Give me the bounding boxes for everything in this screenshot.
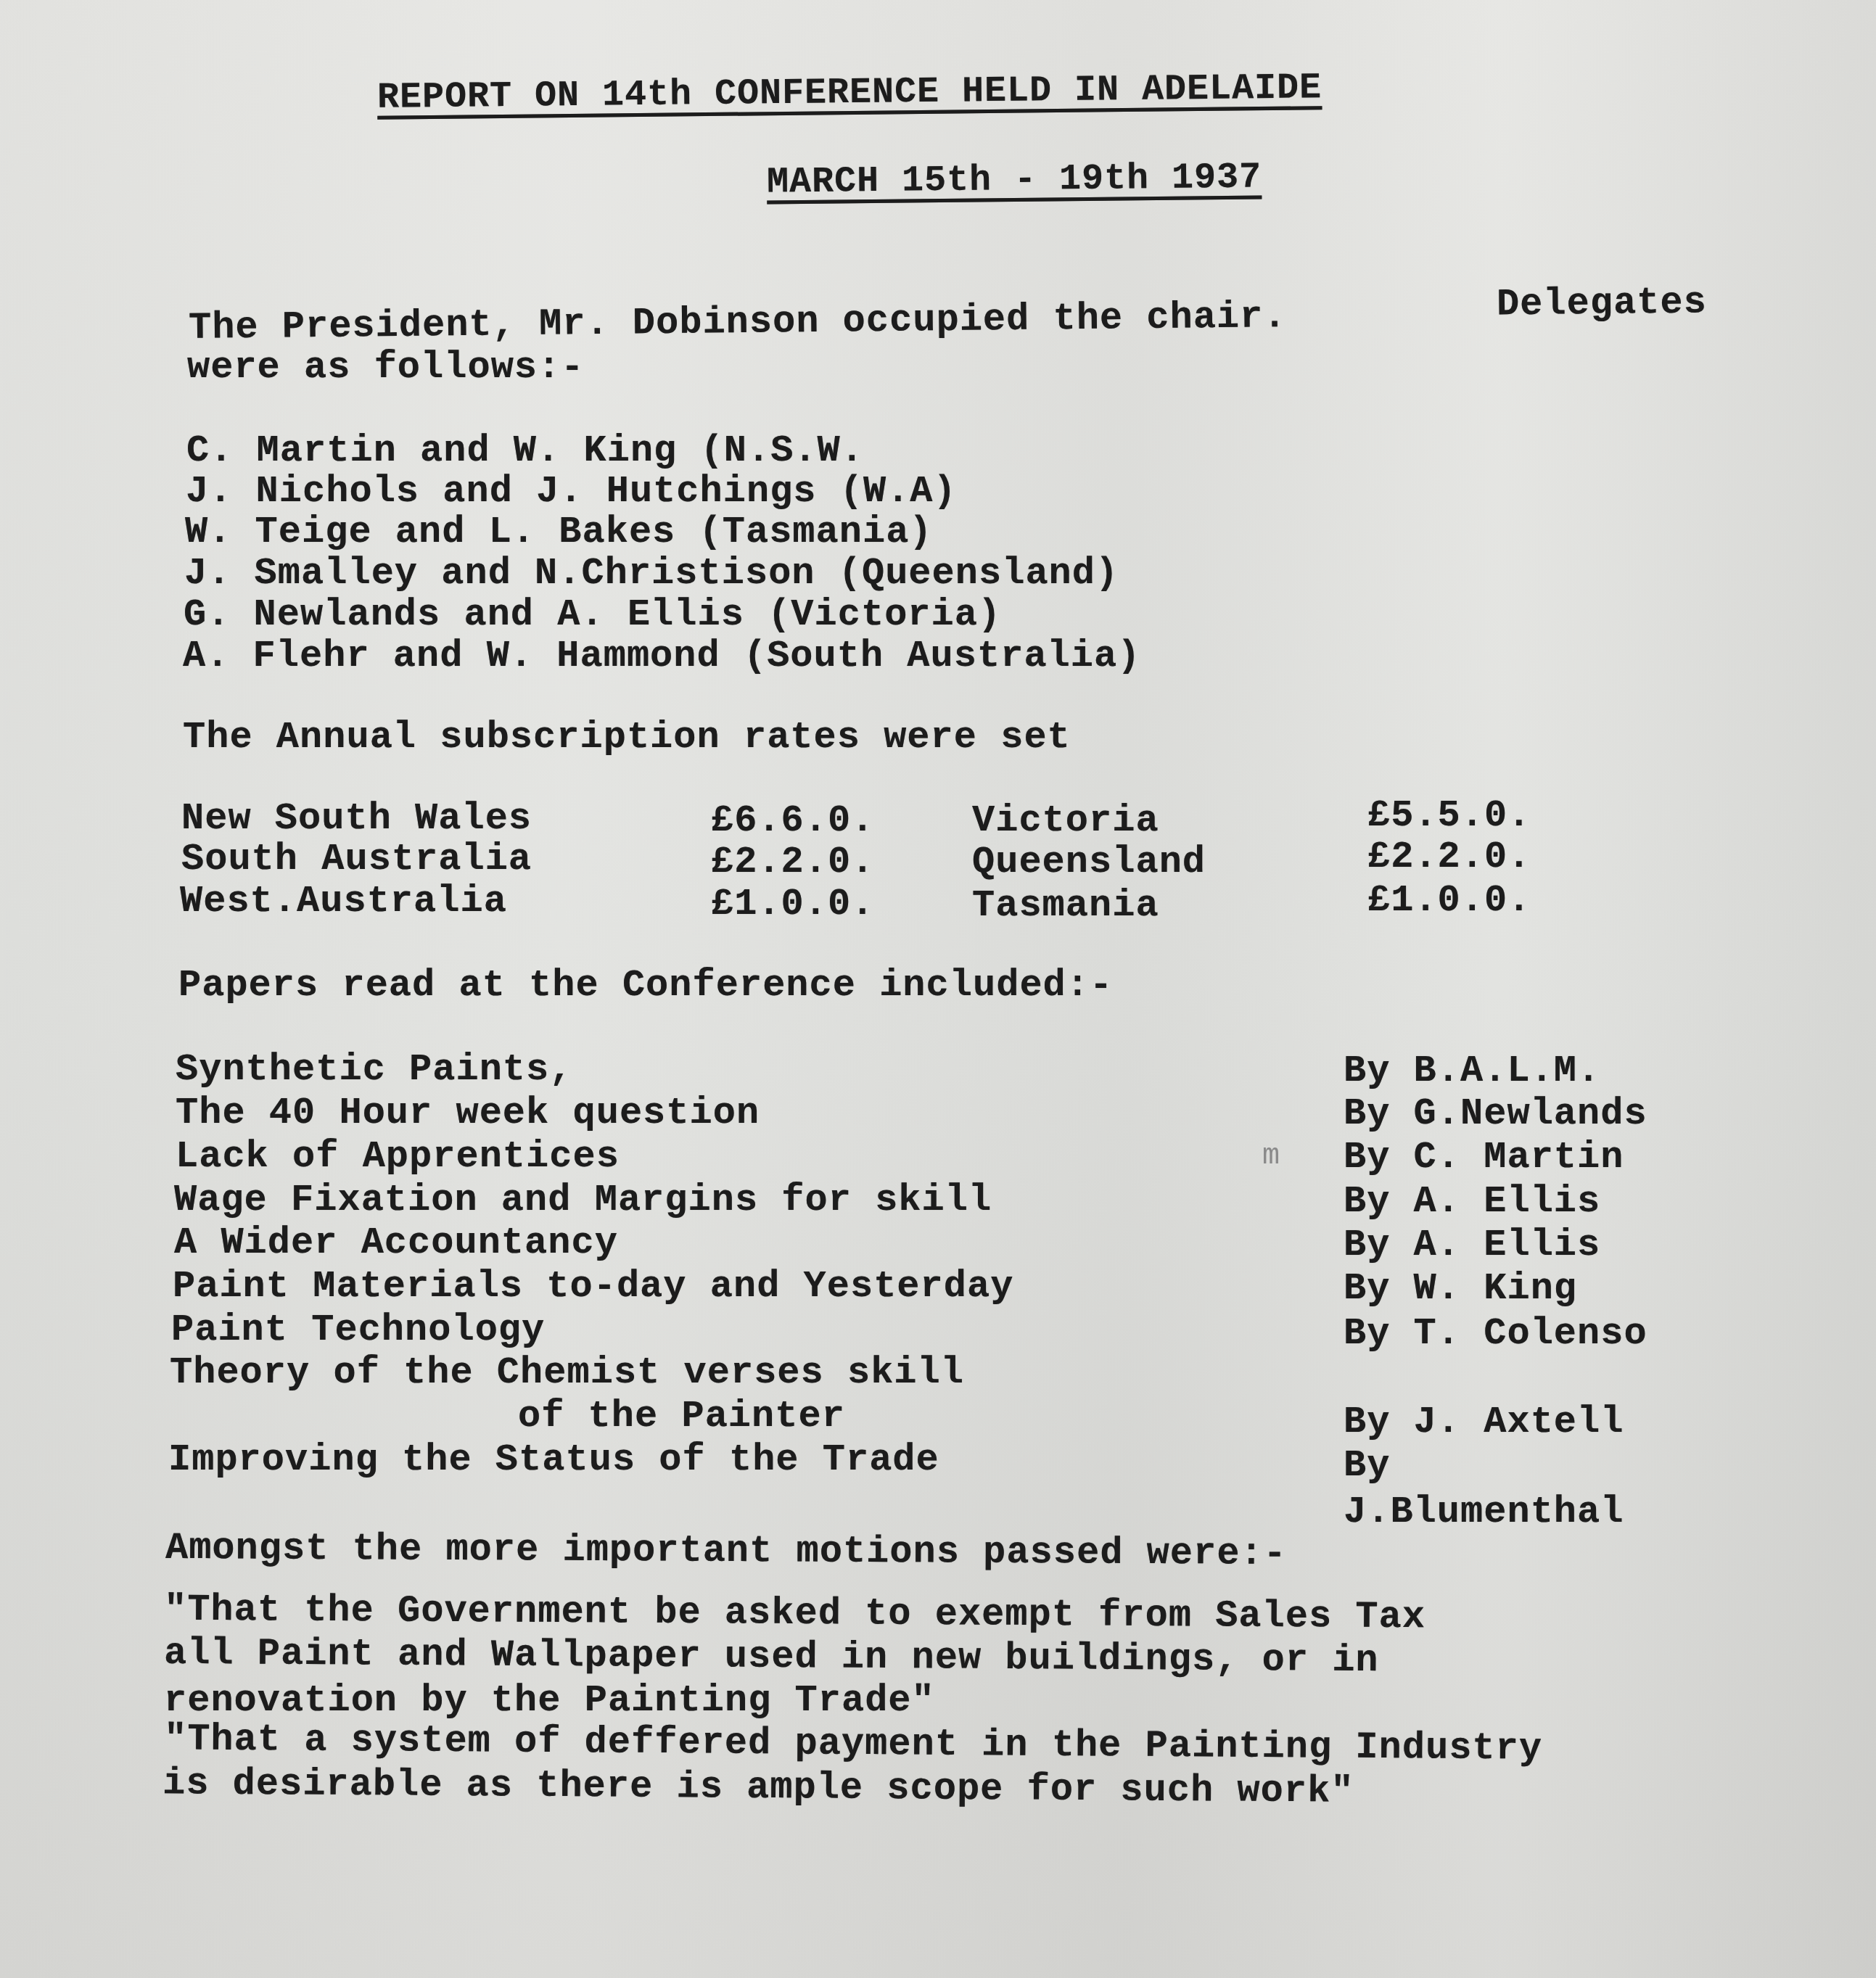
paper-author: By B.A.L.M. (1344, 1050, 1600, 1092)
paper-title: Theory of the Chemist verses skill (170, 1352, 964, 1394)
rate-amount: £2.2.0. (711, 841, 874, 883)
rate-amount: £6.6.0. (711, 800, 874, 842)
paper-title: Wage Fixation and Margins for skill (174, 1179, 992, 1221)
motion-line: is desirable as there is ample scope for… (162, 1763, 1354, 1813)
region-name: South Australia (181, 838, 532, 881)
papers-heading: Papers read at the Conference included:- (178, 965, 1113, 1007)
paper-author: By (1344, 1445, 1390, 1487)
paper-title: The 40 Hour week question (176, 1092, 760, 1134)
intro-line-2: were as follows:- (187, 347, 585, 389)
paper-author: By J. Axtell (1344, 1401, 1624, 1443)
report-dates: MARCH 15th - 19th 1937 (767, 157, 1262, 204)
region-name: Queensland (972, 841, 1206, 883)
rate-amount: £1.0.0. (711, 883, 874, 926)
rate-amount: £1.0.0. (1367, 880, 1531, 922)
paper-author: By T. Colenso (1344, 1313, 1647, 1355)
paper-author-continued: J.Blumenthal (1344, 1491, 1624, 1533)
region-name: West.Australia (180, 881, 507, 923)
paper-author: By C. Martin (1344, 1137, 1624, 1179)
paper-title: A Wider Accountancy (174, 1222, 618, 1264)
paper-author: By A. Ellis (1344, 1181, 1600, 1223)
paper-author: By W. King (1344, 1268, 1577, 1310)
stray-typewriter-mark: m (1262, 1140, 1280, 1173)
region-name: New South Wales (181, 798, 532, 840)
paper-title-continued: of the Painter (518, 1396, 845, 1438)
delegate-row: W. Teige and L. Bakes (Tasmania) (185, 511, 933, 553)
motion-line: renovation by the Painting Trade" (164, 1680, 935, 1722)
subscriptions-heading: The Annual subscription rates were set (183, 717, 1071, 759)
motions-heading: Amongst the more important motions passe… (165, 1528, 1287, 1575)
delegate-row: J. Nichols and J. Hutchings (W.A) (186, 471, 957, 513)
intro-line-1-right: Delegates (1497, 281, 1707, 326)
region-name: Victoria (972, 800, 1159, 842)
paper-title: Paint Materials to-day and Yesterday (173, 1266, 1013, 1308)
motion-line: "That a system of deffered payment in th… (164, 1718, 1542, 1770)
rate-amount: £5.5.0. (1367, 795, 1531, 837)
motion-line: all Paint and Wallpaper used in new buil… (164, 1633, 1379, 1682)
paper-author: By A. Ellis (1344, 1224, 1600, 1266)
delegate-row: J. Smalley and N.Christison (Queensland) (184, 553, 1119, 595)
delegate-row: A. Flehr and W. Hammond (South Australia… (183, 635, 1140, 677)
delegate-row: G. Newlands and A. Ellis (Victoria) (184, 594, 1001, 636)
delegate-row: C. Martin and W. King (N.S.W. (186, 430, 864, 472)
paper-title: Paint Technology (171, 1309, 545, 1351)
region-name: Tasmania (972, 885, 1159, 927)
report-title: REPORT ON 14th CONFERENCE HELD IN ADELAI… (377, 67, 1322, 120)
rate-amount: £2.2.0. (1367, 836, 1531, 878)
paper-author: By G.Newlands (1344, 1093, 1647, 1135)
document-page: REPORT ON 14th CONFERENCE HELD IN ADELAI… (0, 0, 1876, 1978)
paper-title: Synthetic Paints, (176, 1049, 573, 1091)
paper-title: Lack of Apprentices (176, 1136, 620, 1178)
paper-title: Improving the Status of the Trade (168, 1439, 939, 1481)
motion-line: "That the Government be asked to exempt … (164, 1589, 1425, 1639)
intro-line-1: The President, Mr. Dobinson occupied the… (189, 296, 1287, 350)
